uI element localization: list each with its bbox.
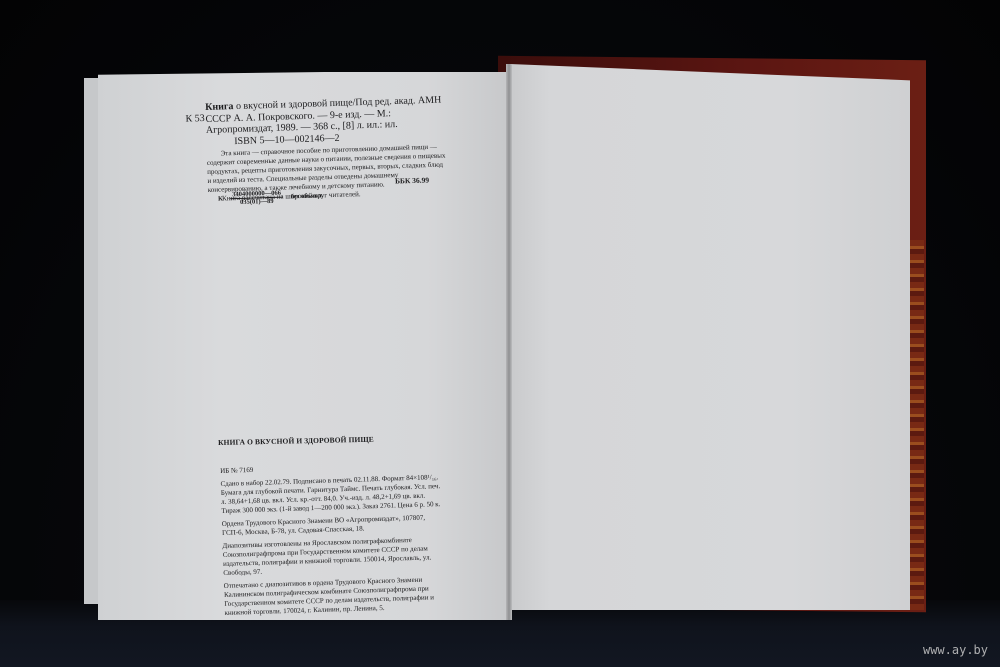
- imprint-block: ИБ № 7169 Сдано в набор 22.02.79. Подпис…: [220, 460, 450, 622]
- code-prefix: К: [218, 195, 223, 202]
- cover-marbled-edge: [910, 240, 924, 610]
- right-page-blank: [510, 64, 910, 610]
- catalog-card: К 53 Книга о вкусной и здоровой пище/Под…: [205, 94, 448, 203]
- imprint-line: Сдано в набор 22.02.79. Подписано в печа…: [220, 473, 446, 516]
- catalog-description: Эта книга — справочное пособие по пригот…: [207, 142, 448, 195]
- catalog-heading-bold: Книга: [205, 101, 234, 113]
- bbk-code: ББК 36.99: [395, 175, 429, 185]
- code-suffix: без объявл.: [291, 192, 324, 200]
- catalog-index: К 53: [185, 114, 204, 125]
- book-gutter: [506, 64, 512, 620]
- imprint-line: Диапозитивы изготовлены на Ярославском п…: [222, 535, 448, 578]
- watermark: www.ay.by: [923, 643, 988, 657]
- code-fraction: 3404000000—066 035(01)—89: [230, 190, 283, 207]
- imprint-line: Ордена Трудового Красного Знамени ВО «Аг…: [222, 513, 447, 538]
- imprint-line: Отпечатано с диапозитивов в ордена Трудо…: [224, 575, 450, 618]
